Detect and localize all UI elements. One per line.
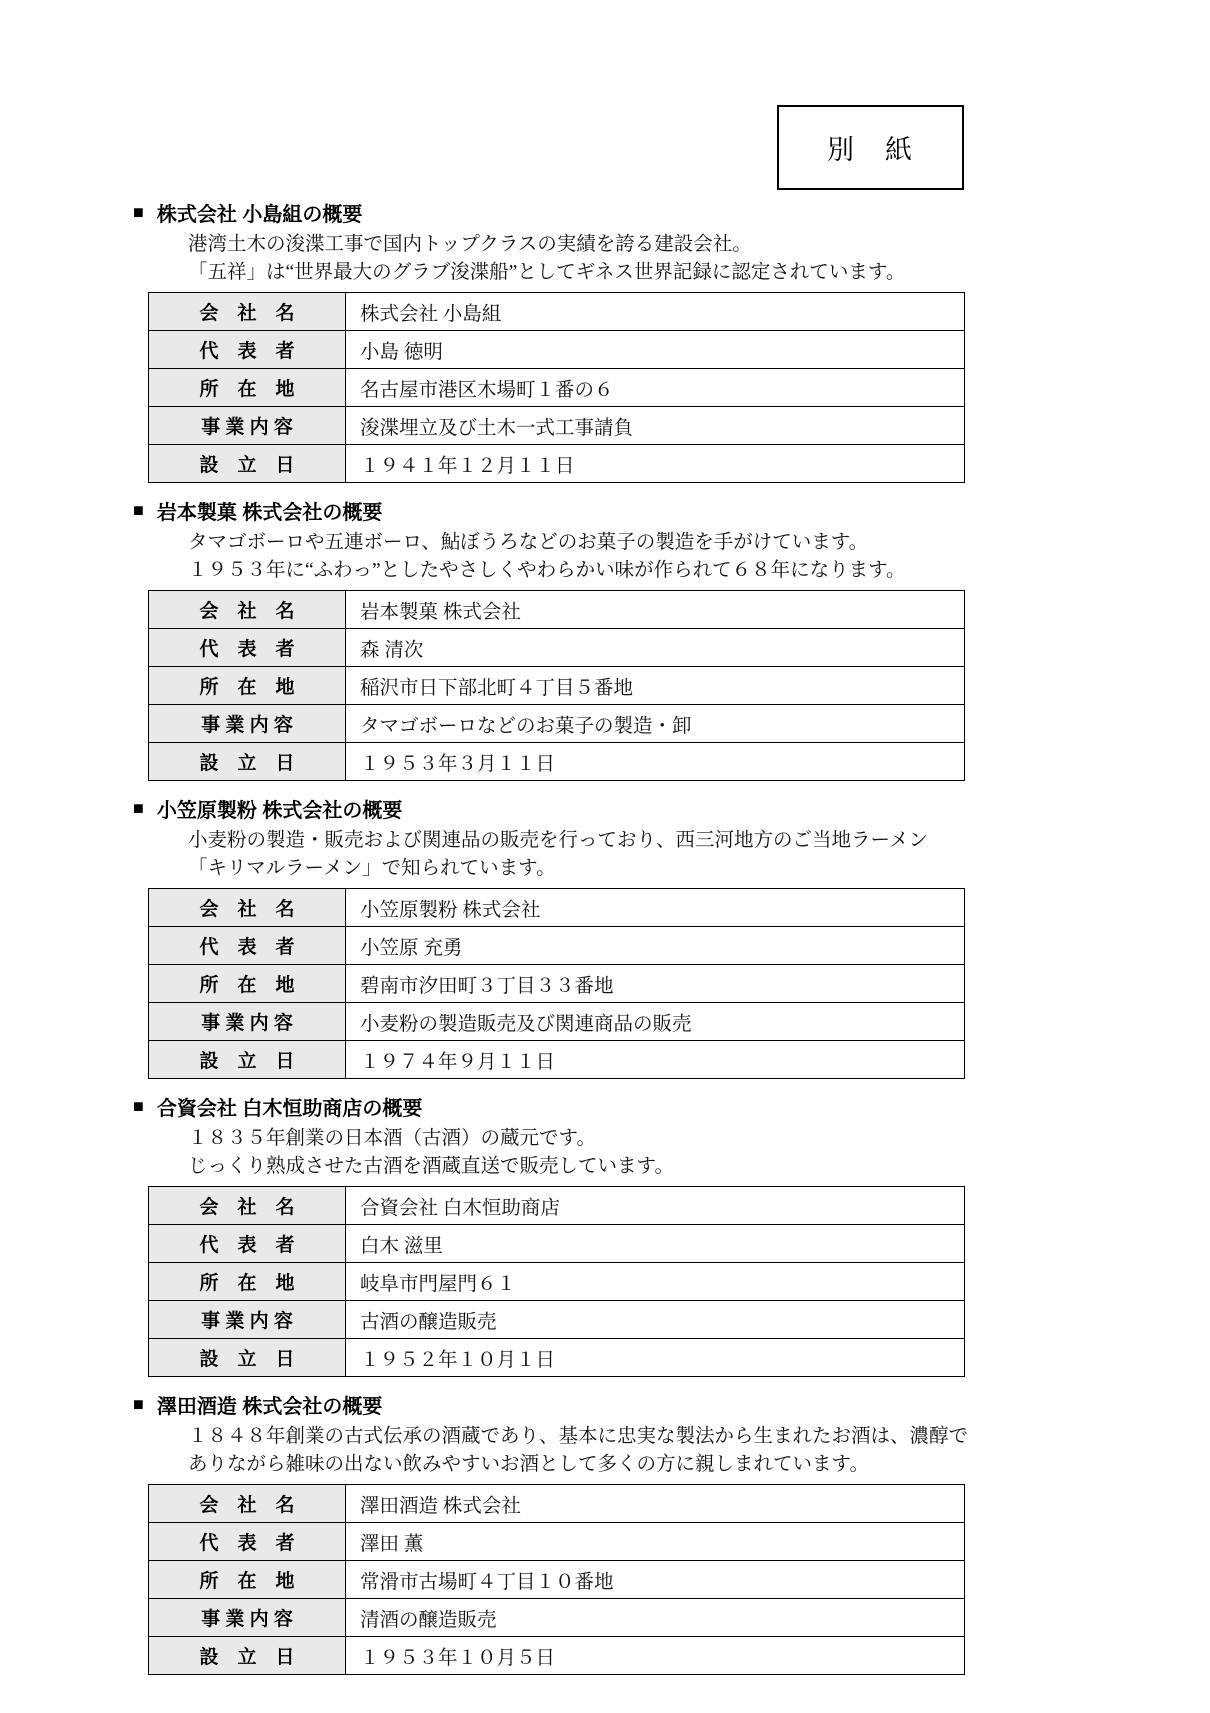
representative-value: 森 清次 xyxy=(346,629,965,667)
row-label-established: 設 立 日 xyxy=(149,1637,346,1675)
section-description-line: １８３５年創業の日本酒（古酒）の蔵元です。 xyxy=(188,1125,1093,1153)
table-row: 所 在 地 名古屋市港区木場町１番の６ xyxy=(149,369,965,407)
table-row: 設 立 日 １９５３年３月１１日 xyxy=(149,743,965,781)
section-description-line: ありながら雑味の出ない飲みやすいお酒として多くの方に親しまれています。 xyxy=(188,1451,1093,1479)
table-row: 代 表 者 白木 滋里 xyxy=(149,1225,965,1263)
row-label-established: 設 立 日 xyxy=(149,1041,346,1079)
representative-value: 澤田 薫 xyxy=(346,1523,965,1561)
business-value: 清酒の醸造販売 xyxy=(346,1599,965,1637)
row-label-established: 設 立 日 xyxy=(149,1339,346,1377)
company-profile-table: 会 社 名 澤田酒造 株式会社 代 表 者 澤田 薫 所 在 地 常滑市古場町４… xyxy=(148,1484,965,1675)
location-value: 稲沢市日下部北町４丁目５番地 xyxy=(346,667,965,705)
table-row: 会 社 名 小笠原製粉 株式会社 xyxy=(149,889,965,927)
row-label-representative: 代 表 者 xyxy=(149,1523,346,1561)
location-value: 碧南市汐田町３丁目３３番地 xyxy=(346,965,965,1003)
table-row: 代 表 者 小笠原 充勇 xyxy=(149,927,965,965)
section-description-line: 小麦粉の製造・販売および関連品の販売を行っており、西三河地方のご当地ラーメン xyxy=(188,827,1093,855)
row-label-company: 会 社 名 xyxy=(149,1187,346,1225)
table-row: 事 業 内 容 古酒の醸造販売 xyxy=(149,1301,965,1339)
row-label-business: 事 業 内 容 xyxy=(149,407,346,445)
table-row: 事 業 内 容 清酒の醸造販売 xyxy=(149,1599,965,1637)
table-row: 所 在 地 岐阜市門屋門６１ xyxy=(149,1263,965,1301)
business-value: 古酒の醸造販売 xyxy=(346,1301,965,1339)
company-section: ■ 小笠原製粉 株式会社の概要 小麦粉の製造・販売および関連品の販売を行っており… xyxy=(133,794,1093,1079)
row-label-location: 所 在 地 xyxy=(149,1561,346,1599)
row-label-location: 所 在 地 xyxy=(149,369,346,407)
established-value: １９４１年１２月１１日 xyxy=(346,445,965,483)
section-heading: ■ 岩本製菓 株式会社の概要 xyxy=(133,496,1093,525)
table-row: 事 業 内 容 タマゴボーロなどのお菓子の製造・卸 xyxy=(149,705,965,743)
company-profile-table: 会 社 名 合資会社 白木恒助商店 代 表 者 白木 滋里 所 在 地 岐阜市門… xyxy=(148,1186,965,1377)
row-label-representative: 代 表 者 xyxy=(149,629,346,667)
row-label-representative: 代 表 者 xyxy=(149,1225,346,1263)
section-description-line: 「五祥」は“世界最大のグラブ浚渫船”としてギネス世界記録に認定されています。 xyxy=(188,259,1093,287)
company-section: ■ 澤田酒造 株式会社の概要 １８４８年創業の古式伝承の酒蔵であり、基本に忠実な… xyxy=(133,1390,1093,1675)
table-row: 事 業 内 容 小麦粉の製造販売及び関連商品の販売 xyxy=(149,1003,965,1041)
business-value: タマゴボーロなどのお菓子の製造・卸 xyxy=(346,705,965,743)
row-label-representative: 代 表 者 xyxy=(149,331,346,369)
row-label-company: 会 社 名 xyxy=(149,293,346,331)
row-label-established: 設 立 日 xyxy=(149,743,346,781)
representative-value: 小笠原 充勇 xyxy=(346,927,965,965)
table-row: 設 立 日 １９４１年１２月１１日 xyxy=(149,445,965,483)
established-value: １９７４年９月１１日 xyxy=(346,1041,965,1079)
document-body: ■ 株式会社 小島組の概要 港湾土木の浚渫工事で国内トップクラスの実績を誇る建設… xyxy=(133,198,1093,1688)
section-heading: ■ 澤田酒造 株式会社の概要 xyxy=(133,1390,1093,1419)
representative-value: 白木 滋里 xyxy=(346,1225,965,1263)
row-label-business: 事 業 内 容 xyxy=(149,1301,346,1339)
table-row: 所 在 地 稲沢市日下部北町４丁目５番地 xyxy=(149,667,965,705)
bullet-square-icon: ■ xyxy=(133,1096,144,1117)
row-label-representative: 代 表 者 xyxy=(149,927,346,965)
section-heading-text: 岩本製菓 株式会社の概要 xyxy=(157,496,383,525)
attachment-tag-label: 別 紙 xyxy=(827,128,914,167)
row-label-company: 会 社 名 xyxy=(149,889,346,927)
row-label-location: 所 在 地 xyxy=(149,965,346,1003)
table-row: 代 表 者 澤田 薫 xyxy=(149,1523,965,1561)
section-heading-text: 株式会社 小島組の概要 xyxy=(157,198,363,227)
section-heading: ■ 小笠原製粉 株式会社の概要 xyxy=(133,794,1093,823)
company-profile-table: 会 社 名 岩本製菓 株式会社 代 表 者 森 清次 所 在 地 稲沢市日下部北… xyxy=(148,590,965,781)
table-row: 事 業 内 容 浚渫埋立及び土木一式工事請負 xyxy=(149,407,965,445)
company-name-value: 岩本製菓 株式会社 xyxy=(346,591,965,629)
section-heading: ■ 株式会社 小島組の概要 xyxy=(133,198,1093,227)
row-label-established: 設 立 日 xyxy=(149,445,346,483)
section-description-line: １９５３年に“ふわっ”としたやさしくやわらかい味が作られて６８年になります。 xyxy=(188,557,1093,585)
section-heading-text: 小笠原製粉 株式会社の概要 xyxy=(157,794,403,823)
section-description-line: じっくり熟成させた古酒を酒蔵直送で販売しています。 xyxy=(188,1153,1093,1181)
section-description-line: 「キリマルラーメン」で知られています。 xyxy=(188,855,1093,883)
table-row: 代 表 者 小島 徳明 xyxy=(149,331,965,369)
row-label-location: 所 在 地 xyxy=(149,1263,346,1301)
row-label-business: 事 業 内 容 xyxy=(149,705,346,743)
section-description-line: 港湾土木の浚渫工事で国内トップクラスの実績を誇る建設会社。 xyxy=(188,231,1093,259)
bullet-square-icon: ■ xyxy=(133,202,144,223)
company-name-value: 澤田酒造 株式会社 xyxy=(346,1485,965,1523)
table-row: 代 表 者 森 清次 xyxy=(149,629,965,667)
table-row: 会 社 名 澤田酒造 株式会社 xyxy=(149,1485,965,1523)
section-description-line: １８４８年創業の古式伝承の酒蔵であり、基本に忠実な製法から生まれたお酒は、濃醇で xyxy=(188,1423,1093,1451)
location-value: 常滑市古場町４丁目１０番地 xyxy=(346,1561,965,1599)
bullet-square-icon: ■ xyxy=(133,798,144,819)
business-value: 浚渫埋立及び土木一式工事請負 xyxy=(346,407,965,445)
section-heading: ■ 合資会社 白木恒助商店の概要 xyxy=(133,1092,1093,1121)
table-row: 設 立 日 １９５２年１０月１日 xyxy=(149,1339,965,1377)
company-name-value: 小笠原製粉 株式会社 xyxy=(346,889,965,927)
business-value: 小麦粉の製造販売及び関連商品の販売 xyxy=(346,1003,965,1041)
attachment-tag-box: 別 紙 xyxy=(777,105,964,190)
company-profile-table: 会 社 名 株式会社 小島組 代 表 者 小島 徳明 所 在 地 名古屋市港区木… xyxy=(148,292,965,483)
company-section: ■ 株式会社 小島組の概要 港湾土木の浚渫工事で国内トップクラスの実績を誇る建設… xyxy=(133,198,1093,483)
row-label-company: 会 社 名 xyxy=(149,1485,346,1523)
established-value: １９５２年１０月１日 xyxy=(346,1339,965,1377)
section-description-line: タマゴボーロや五連ボーロ、鮎ぼうろなどのお菓子の製造を手がけています。 xyxy=(188,529,1093,557)
section-heading-text: 合資会社 白木恒助商店の概要 xyxy=(157,1092,423,1121)
table-row: 所 在 地 碧南市汐田町３丁目３３番地 xyxy=(149,965,965,1003)
row-label-business: 事 業 内 容 xyxy=(149,1599,346,1637)
row-label-location: 所 在 地 xyxy=(149,667,346,705)
company-name-value: 合資会社 白木恒助商店 xyxy=(346,1187,965,1225)
company-section: ■ 岩本製菓 株式会社の概要 タマゴボーロや五連ボーロ、鮎ぼうろなどのお菓子の製… xyxy=(133,496,1093,781)
table-row: 設 立 日 １９５３年１０月５日 xyxy=(149,1637,965,1675)
location-value: 岐阜市門屋門６１ xyxy=(346,1263,965,1301)
representative-value: 小島 徳明 xyxy=(346,331,965,369)
company-profile-table: 会 社 名 小笠原製粉 株式会社 代 表 者 小笠原 充勇 所 在 地 碧南市汐… xyxy=(148,888,965,1079)
company-section: ■ 合資会社 白木恒助商店の概要 １８３５年創業の日本酒（古酒）の蔵元です。 じ… xyxy=(133,1092,1093,1377)
row-label-business: 事 業 内 容 xyxy=(149,1003,346,1041)
established-value: １９５３年１０月５日 xyxy=(346,1637,965,1675)
table-row: 会 社 名 岩本製菓 株式会社 xyxy=(149,591,965,629)
row-label-company: 会 社 名 xyxy=(149,591,346,629)
section-heading-text: 澤田酒造 株式会社の概要 xyxy=(157,1390,383,1419)
established-value: １９５３年３月１１日 xyxy=(346,743,965,781)
table-row: 会 社 名 株式会社 小島組 xyxy=(149,293,965,331)
company-name-value: 株式会社 小島組 xyxy=(346,293,965,331)
bullet-square-icon: ■ xyxy=(133,500,144,521)
table-row: 所 在 地 常滑市古場町４丁目１０番地 xyxy=(149,1561,965,1599)
bullet-square-icon: ■ xyxy=(133,1394,144,1415)
table-row: 会 社 名 合資会社 白木恒助商店 xyxy=(149,1187,965,1225)
location-value: 名古屋市港区木場町１番の６ xyxy=(346,369,965,407)
table-row: 設 立 日 １９７４年９月１１日 xyxy=(149,1041,965,1079)
